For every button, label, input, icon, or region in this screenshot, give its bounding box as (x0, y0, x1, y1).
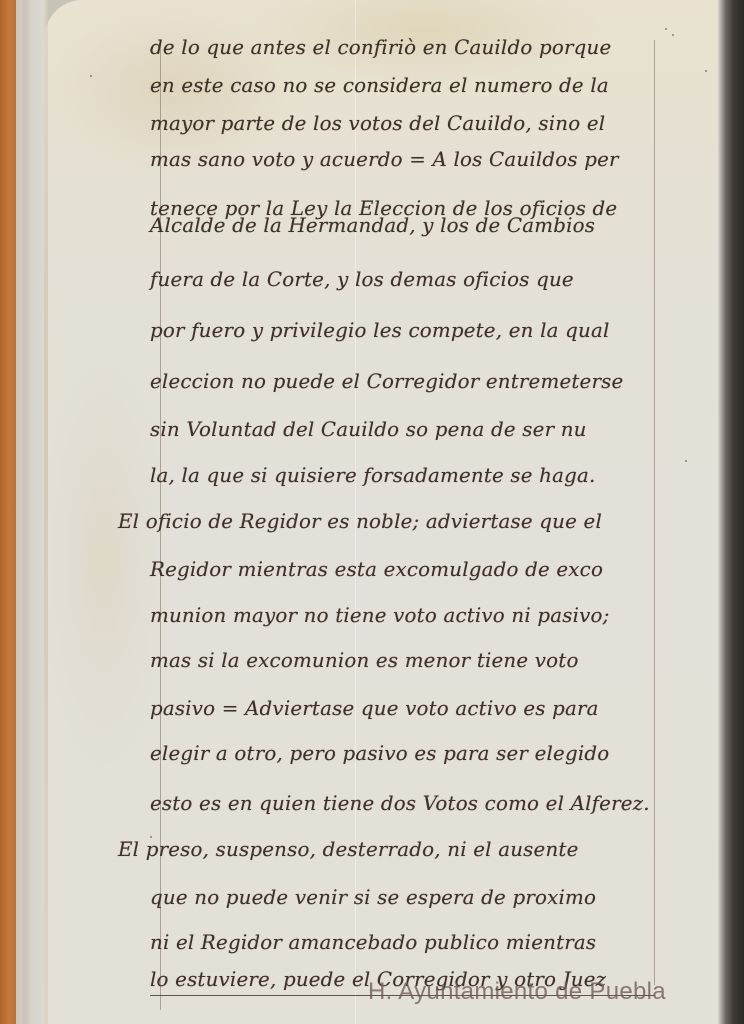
manuscript-line: mas si la excomunion es menor tiene voto (150, 643, 655, 677)
manuscript-line: la, la que si quisiere forsadamente se h… (150, 458, 655, 492)
handwritten-text-block: de lo que antes el confiriò en Cauildo p… (0, 0, 744, 1024)
manuscript-line: Regidor mientras esta excomulgado de exc… (150, 552, 655, 586)
manuscript-line: mas sano voto y acuerdo = A los Cauildos… (150, 142, 655, 176)
manuscript-line: por fuero y privilegio les compete, en l… (150, 313, 655, 347)
manuscript-line: en este caso no se considera el numero d… (150, 68, 655, 102)
manuscript-line: mayor parte de los votos del Cauildo, si… (150, 106, 655, 140)
scanner-shadow-edge (718, 0, 744, 1024)
manuscript-line: sin Voluntad del Cauildo so pena de ser … (150, 412, 655, 446)
manuscript-line: pasivo = Adviertase que voto activo es p… (150, 691, 655, 725)
manuscript-line-paragraph-start: El preso, suspenso, desterrado, ni el au… (118, 832, 658, 866)
manuscript-line: Alcalde de la Hermandad, y los de Cambio… (150, 208, 655, 242)
manuscript-line: de lo que antes el confiriò en Cauildo p… (150, 30, 655, 64)
manuscript-line: elegir a otro, pero pasivo es para ser e… (150, 736, 655, 770)
manuscript-line: esto es en quien tiene dos Votos como el… (150, 786, 655, 820)
archive-watermark: H. Ayuntamiento de Puebla (368, 978, 666, 1006)
manuscript-line-paragraph-start: El oficio de Regidor es noble; adviertas… (118, 504, 658, 538)
manuscript-scan: de lo que antes el confiriò en Cauildo p… (0, 0, 744, 1024)
manuscript-line: que no puede venir si se espera de proxi… (150, 880, 655, 914)
manuscript-line: fuera de la Corte, y los demas oficios q… (150, 262, 655, 296)
manuscript-line: munion mayor no tiene voto activo ni pas… (150, 598, 655, 632)
manuscript-line: ni el Regidor amancebado publico mientra… (150, 925, 655, 959)
manuscript-line: eleccion no puede el Corregidor entremet… (150, 364, 655, 398)
